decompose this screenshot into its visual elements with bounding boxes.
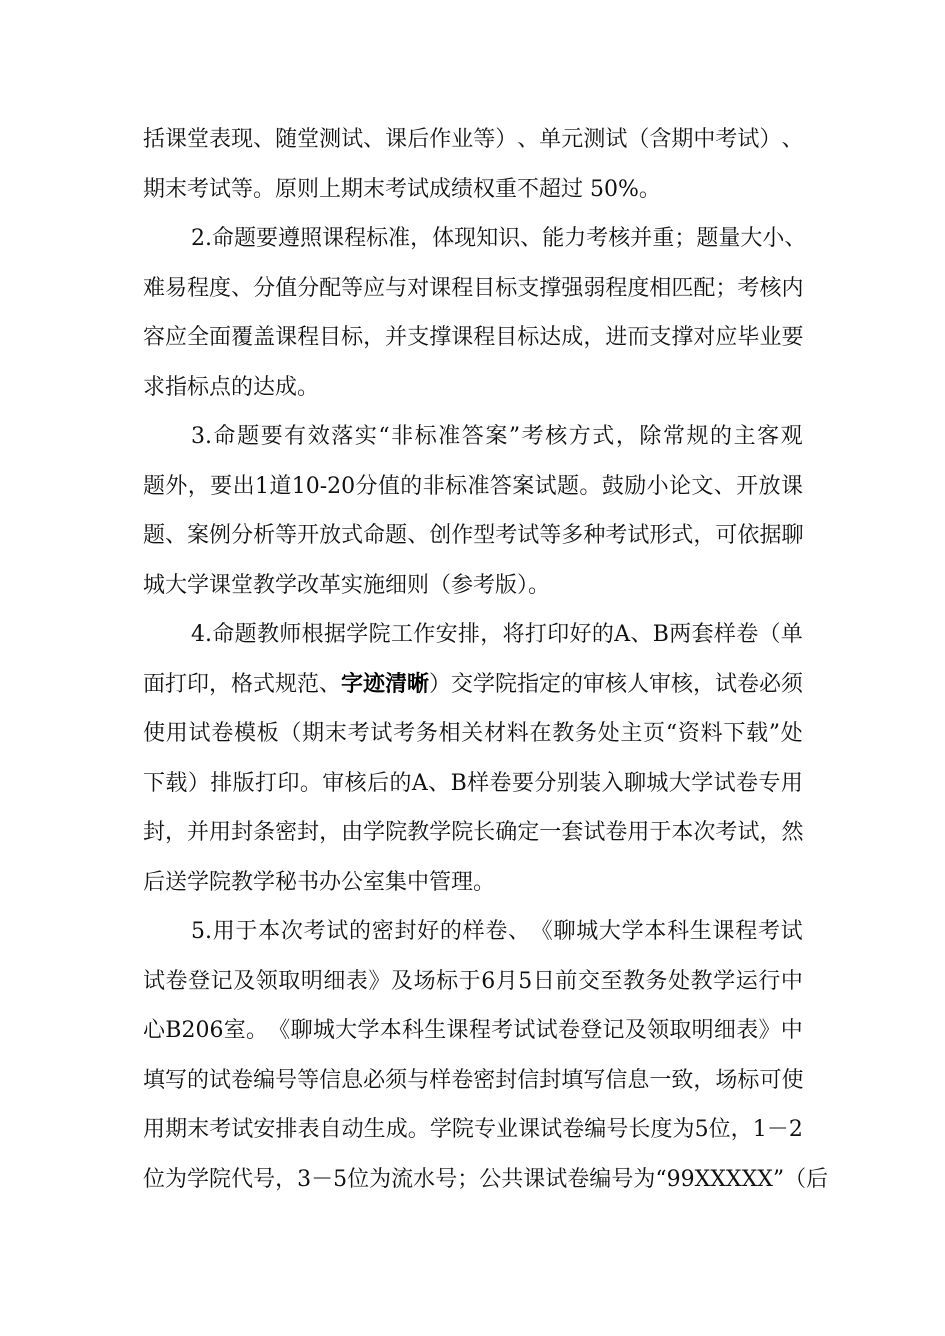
text-line: 题外，要出1道10-20分值的非标准答案试题。鼓励小论文、开放课: [143, 462, 803, 512]
text-line: 题、案例分析等开放式命题、创作型考试等多种考试形式，可依据聊: [143, 511, 803, 561]
text-line: 试卷登记及领取明细表》及场标于6月5日前交至教务处教学运行中: [143, 957, 803, 1007]
text-line: 期末考试等。原则上期末考试成绩权重不超过 50%。: [143, 165, 803, 215]
text-line-with-emphasis: 面打印，格式规范、字迹清晰）交学院指定的审核人审核，试卷必须: [143, 660, 803, 710]
text-line: 填写的试卷编号等信息必须与样卷密封信封填写信息一致，场标可使: [143, 1056, 803, 1106]
list-item-3-first-line: 3.命题要有效落实“非标准答案”考核方式，除常规的主客观: [143, 412, 803, 462]
text-line: 后送学院教学秘书办公室集中管理。: [143, 858, 803, 908]
text-line: 用期末考试安排表自动生成。学院专业课试卷编号长度为5位，1－2: [143, 1105, 803, 1155]
text-line: 位为学院代号，3－5位为流水号；公共课试卷编号为“99XXXXX”（后: [143, 1155, 803, 1205]
list-item-2-first-line: 2.命题要遵照课程标准，体现知识、能力考核并重；题量大小、: [143, 214, 803, 264]
text-line: 城大学课堂教学改革实施细则（参考版）。: [143, 561, 803, 611]
list-item-5-first-line: 5.用于本次考试的密封好的样卷、《聊城大学本科生课程考试: [143, 907, 803, 957]
text-line: 下载）排版打印。审核后的A、B样卷要分别装入聊城大学试卷专用: [143, 759, 803, 809]
emphasized-text: 字迹清晰: [341, 671, 429, 697]
text-line: 容应全面覆盖课程目标，并支撑课程目标达成，进而支撑对应毕业要: [143, 313, 803, 363]
text-segment: 面打印，格式规范、字迹清晰）交学院指定的审核人审核，试卷必须: [143, 660, 803, 710]
text-line: 封，并用封条密封，由学院教学院长确定一套试卷用于本次考试，然: [143, 808, 803, 858]
document-page: 括课堂表现、随堂测试、课后作业等）、单元测试（含期中考试）、 期末考试等。原则上…: [0, 0, 945, 1336]
text-line: 求指标点的达成。: [143, 363, 803, 413]
text-line: 使用试卷模板（期末考试考务相关材料在教务处主页“资料下载”处: [143, 709, 803, 759]
list-item-4-first-line: 4.命题教师根据学院工作安排，将打印好的A、B两套样卷（单: [143, 610, 803, 660]
text-line: 难易程度、分值分配等应与对课程目标支撑强弱程度相匹配；考核内: [143, 264, 803, 314]
text-line: 心B206室。《聊城大学本科生课程考试试卷登记及领取明细表》中: [143, 1006, 803, 1056]
document-body: 括课堂表现、随堂测试、课后作业等）、单元测试（含期中考试）、 期末考试等。原则上…: [143, 115, 803, 1204]
text-line: 括课堂表现、随堂测试、课后作业等）、单元测试（含期中考试）、: [143, 115, 803, 165]
